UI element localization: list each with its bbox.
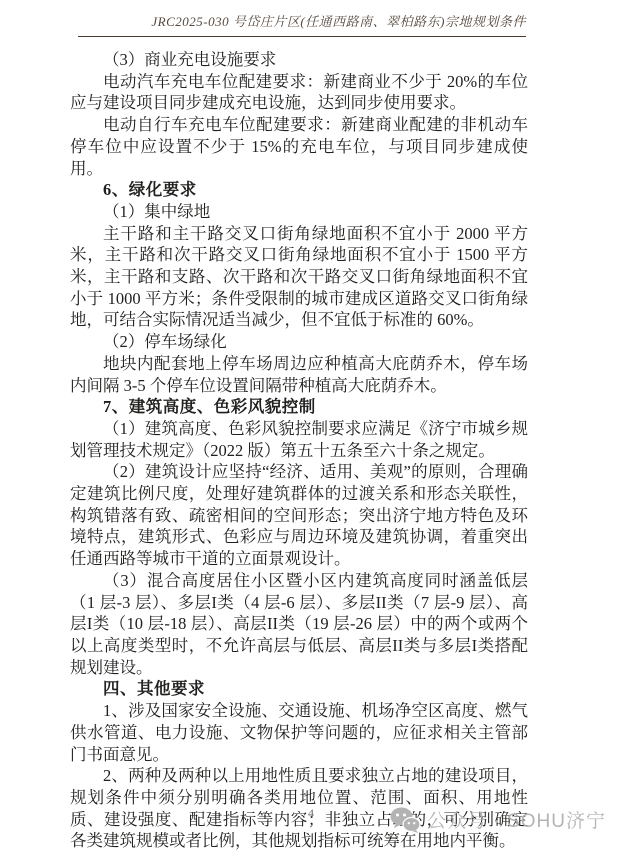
paragraph: 1、涉及国家安全设施、交通设施、机场净空区高度、燃气供水管道、电力设施、文物保护…: [70, 700, 528, 765]
paragraph: （1）集中绿地: [70, 201, 528, 223]
section-heading: 7、建筑高度、色彩风貌控制: [70, 396, 528, 418]
paragraph: （2）停车场绿化: [70, 331, 528, 353]
wechat-icon: [390, 807, 420, 833]
document-page: JRC2025-030 号岱庄片区(任通西路南、翠柏路东)宗地规划条件 （3）商…: [0, 0, 622, 850]
paragraph: 电动自行车充电车位配建要求：新建商业配建的非机动车停车位中应设置不少于 15%的…: [70, 114, 528, 179]
watermark-label: 公众号 · SOHU济宁: [427, 806, 606, 833]
header-divider: [78, 36, 526, 37]
paragraph: （1）建筑高度、色彩风貌控制要求应满足《济宁市城乡规划管理技术规定》（2022 …: [70, 418, 528, 461]
paragraph: （3）商业充电设施要求: [70, 49, 528, 71]
paragraph: 电动汽车充电车位配建要求：新建商业不少于 20%的车位应与建设项目同步建成充电设…: [70, 71, 528, 114]
paragraph: 主干路和主干路交叉口街角绿地面积不宜小于 2000 平方米，主干路和次干路交叉口…: [70, 223, 528, 332]
document-body: （3）商业充电设施要求电动汽车充电车位配建要求：新建商业不少于 20%的车位应与…: [70, 49, 528, 850]
paragraph: （3）混合高度居住小区暨小区内建筑高度同时涵盖低层（1 层-3 层）、多层I类（…: [70, 570, 528, 679]
paragraph: （2）建筑设计应坚持“经济、适用、美观”的原则，合理确定建筑比例尺度，处理好建筑…: [70, 461, 528, 570]
document-header-reference: JRC2025-030 号岱庄片区(任通西路南、翠柏路东)宗地规划条件: [78, 11, 526, 30]
section-heading: 四、其他要求: [70, 678, 528, 700]
watermark: 公众号 · SOHU济宁: [390, 806, 606, 833]
paragraph: 地块内配套地上停车场周边应种植高大庇荫乔木，停车场内间隔 3-5 个停车位设置间…: [70, 353, 528, 396]
section-heading: 6、绿化要求: [70, 179, 528, 201]
